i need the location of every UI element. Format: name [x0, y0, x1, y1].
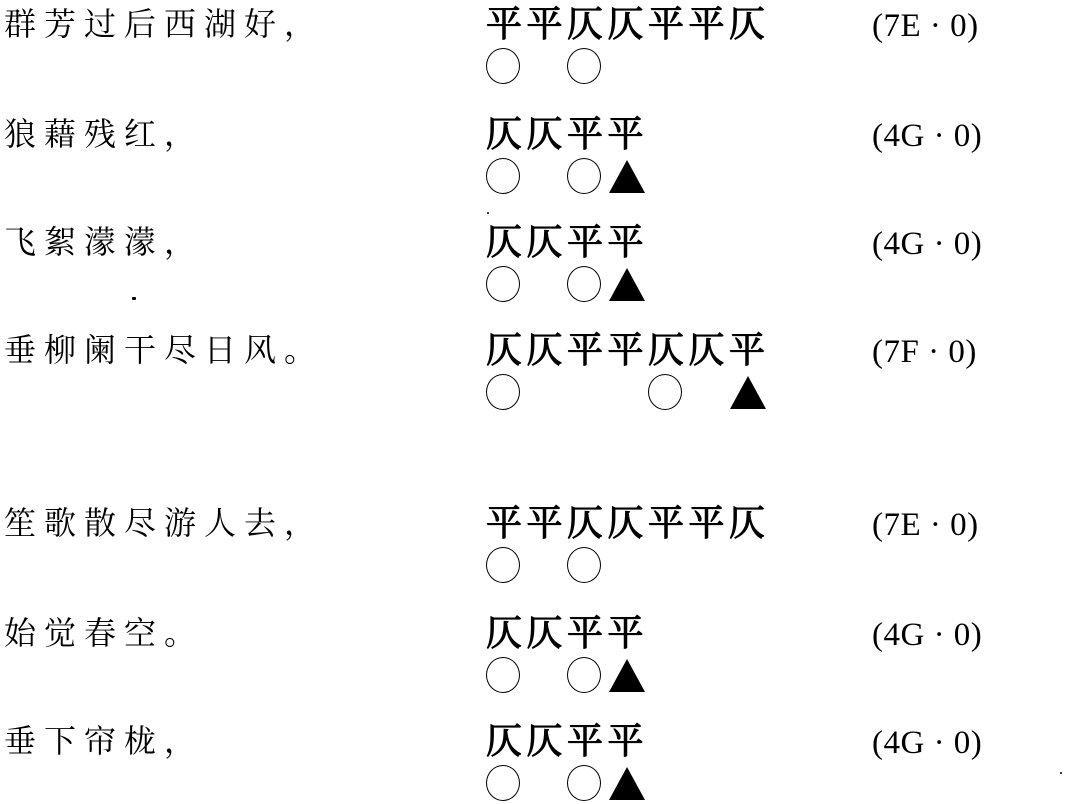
- verse-line: 垂柳阑干尽日风。 仄 仄 平 平 仄 仄 平 (7F · 0): [0, 330, 1066, 420]
- mark-cell: [527, 48, 568, 86]
- tone-char: 仄: [729, 503, 770, 543]
- tone-char: 平: [608, 330, 649, 370]
- line-code: (7E · 0): [872, 8, 979, 44]
- tone-char: 平: [689, 4, 730, 44]
- filled-triangle-icon: [609, 659, 645, 692]
- mark-cell: [608, 158, 649, 196]
- open-circle-icon: [567, 158, 601, 194]
- tone-char: 平: [567, 222, 608, 262]
- tone-char: 平: [567, 330, 608, 370]
- line-code: (7E · 0): [872, 507, 979, 543]
- line-code: (4G · 0): [872, 617, 982, 653]
- mark-cell: [486, 765, 527, 803]
- tone-pattern: 平 平 仄 仄 平 平 仄: [486, 4, 770, 44]
- mark-cell: [567, 266, 608, 304]
- mark-cell: [567, 657, 608, 695]
- mark-row: [486, 374, 770, 414]
- mark-row: [486, 657, 648, 697]
- mark-cell: [486, 158, 527, 196]
- tone-char: 仄: [527, 114, 568, 154]
- mark-row: [486, 266, 648, 306]
- verse-text: 垂柳阑干尽日风。: [4, 330, 324, 370]
- verse-line: 笙歌散尽游人去， 平 平 仄 仄 平 平 仄 (7E · 0): [0, 503, 1066, 593]
- verse-text: 狼藉残红，: [4, 114, 204, 154]
- open-circle-icon: [486, 48, 520, 84]
- tone-char: 平: [567, 613, 608, 653]
- mark-cell: [527, 374, 568, 412]
- verse-line: 群芳过后西湖好， 平 平 仄 仄 平 平 仄 (7E · 0): [0, 4, 1066, 94]
- tone-char: 仄: [527, 721, 568, 761]
- tone-char: 仄: [486, 330, 527, 370]
- tone-pattern: 平 平 仄 仄 平 平 仄: [486, 503, 770, 543]
- filled-triangle-icon: [609, 268, 645, 301]
- verse-line: 垂下帘栊， 仄 仄 平 平 (4G · 0): [0, 721, 1066, 804]
- mark-cell: [567, 374, 608, 412]
- mark-row: [486, 158, 648, 198]
- tone-char: 仄: [567, 503, 608, 543]
- open-circle-icon: [486, 158, 520, 194]
- open-circle-icon: [486, 765, 520, 801]
- tone-char: 平: [648, 4, 689, 44]
- mark-row: [486, 48, 770, 88]
- mark-cell: [729, 374, 770, 412]
- verse-text: 垂下帘栊，: [4, 721, 204, 761]
- tone-char: 平: [567, 114, 608, 154]
- tone-char: 平: [729, 330, 770, 370]
- verse-text: 群芳过后西湖好，: [4, 4, 324, 44]
- open-circle-icon: [486, 657, 520, 693]
- tone-char: 仄: [486, 613, 527, 653]
- tone-char: 仄: [527, 330, 568, 370]
- verse-text: 飞絮濛濛，: [4, 222, 204, 262]
- mark-cell: [567, 547, 608, 585]
- mark-cell: [567, 48, 608, 86]
- open-circle-icon: [486, 547, 520, 583]
- mark-cell: [648, 374, 689, 412]
- tone-char: 平: [567, 721, 608, 761]
- mark-cell: [689, 48, 730, 86]
- tone-pattern: 仄 仄 平 平: [486, 222, 648, 262]
- verse-text: 笙歌散尽游人去，: [4, 503, 324, 543]
- tone-char: 平: [486, 503, 527, 543]
- filled-triangle-icon: [730, 376, 766, 409]
- line-code: (4G · 0): [872, 725, 982, 761]
- tone-char: 平: [608, 222, 649, 262]
- tone-char: 平: [527, 4, 568, 44]
- open-circle-icon: [567, 765, 601, 801]
- mark-cell: [486, 657, 527, 695]
- mark-cell: [527, 158, 568, 196]
- tone-char: 平: [486, 4, 527, 44]
- mark-cell: [486, 266, 527, 304]
- tone-char: 平: [527, 503, 568, 543]
- tone-pattern: 仄 仄 平 平: [486, 114, 648, 154]
- mark-cell: [486, 547, 527, 585]
- verse-line: 始觉春空。 仄 仄 平 平 (4G · 0): [0, 613, 1066, 703]
- tone-pattern: 仄 仄 平 平 仄 仄 平: [486, 330, 770, 370]
- mark-cell: [486, 374, 527, 412]
- tone-char: 仄: [608, 4, 649, 44]
- open-circle-icon: [567, 547, 601, 583]
- mark-cell: [608, 547, 649, 585]
- mark-cell: [567, 765, 608, 803]
- mark-cell: [486, 48, 527, 86]
- tone-char: 仄: [567, 4, 608, 44]
- open-circle-icon: [567, 48, 601, 84]
- tone-pattern: 仄 仄 平 平: [486, 613, 648, 653]
- mark-cell: [689, 547, 730, 585]
- tone-char: 仄: [527, 222, 568, 262]
- mark-cell: [608, 266, 649, 304]
- tone-char: 仄: [527, 613, 568, 653]
- verse-line: 飞絮濛濛， 仄 仄 平 平 (4G · 0): [0, 222, 1066, 312]
- verse-line: 狼藉残红， 仄 仄 平 平 (4G · 0): [0, 114, 1066, 204]
- tone-char: 仄: [486, 114, 527, 154]
- tone-pattern: 仄 仄 平 平: [486, 721, 648, 761]
- open-circle-icon: [486, 266, 520, 302]
- tone-char: 仄: [729, 4, 770, 44]
- scan-artifact: [487, 212, 489, 214]
- tone-char: 平: [608, 721, 649, 761]
- scan-artifact: [1060, 772, 1062, 774]
- mark-cell: [608, 374, 649, 412]
- mark-row: [486, 765, 648, 804]
- mark-cell: [648, 48, 689, 86]
- poem-tone-analysis-page: 群芳过后西湖好， 平 平 仄 仄 平 平 仄 (7E · 0) 狼藉残红， 仄 …: [0, 0, 1066, 804]
- tone-char: 平: [648, 503, 689, 543]
- tone-char: 平: [608, 114, 649, 154]
- open-circle-icon: [486, 374, 520, 410]
- mark-cell: [608, 657, 649, 695]
- mark-cell: [527, 657, 568, 695]
- mark-row: [486, 547, 770, 587]
- mark-cell: [567, 158, 608, 196]
- open-circle-icon: [567, 657, 601, 693]
- line-code: (4G · 0): [872, 118, 982, 154]
- tone-char: 仄: [648, 330, 689, 370]
- filled-triangle-icon: [609, 160, 645, 193]
- verse-text: 始觉春空。: [4, 613, 204, 653]
- mark-cell: [608, 765, 649, 803]
- mark-cell: [608, 48, 649, 86]
- open-circle-icon: [567, 266, 601, 302]
- tone-char: 仄: [486, 721, 527, 761]
- mark-cell: [527, 266, 568, 304]
- mark-cell: [729, 547, 770, 585]
- mark-cell: [729, 48, 770, 86]
- line-code: (7F · 0): [872, 334, 977, 370]
- mark-cell: [527, 765, 568, 803]
- line-code: (4G · 0): [872, 226, 982, 262]
- mark-cell: [689, 374, 730, 412]
- tone-char: 平: [608, 613, 649, 653]
- tone-char: 仄: [608, 503, 649, 543]
- filled-triangle-icon: [609, 767, 645, 800]
- tone-char: 仄: [689, 330, 730, 370]
- open-circle-icon: [648, 374, 682, 410]
- tone-char: 仄: [486, 222, 527, 262]
- tone-char: 平: [689, 503, 730, 543]
- mark-cell: [648, 547, 689, 585]
- scan-artifact: [132, 297, 136, 300]
- mark-cell: [527, 547, 568, 585]
